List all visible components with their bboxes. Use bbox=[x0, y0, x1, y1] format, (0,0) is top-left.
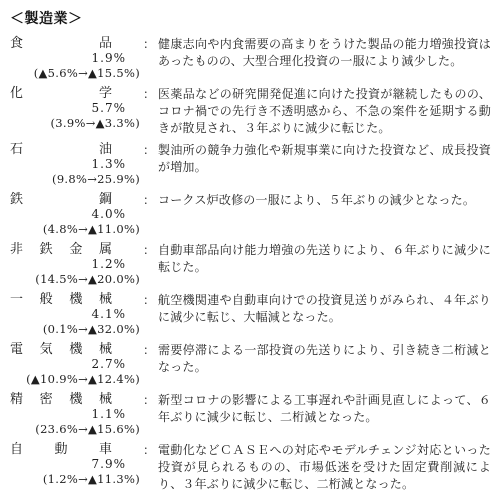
sector-share-value: 4.0% bbox=[10, 207, 140, 222]
sector-name-char: 電 bbox=[10, 342, 23, 357]
sector-name-char: 気 bbox=[40, 342, 53, 357]
sector-description: 需要停滞による一部投資の先送りにより、引き続き二桁減となった。 bbox=[158, 342, 491, 376]
sector-left-column: 石油 1.3% (9.8%→25.9%) bbox=[10, 142, 140, 187]
sector-share-value: 1.1% bbox=[10, 407, 140, 422]
sector-change-values: (3.9%→▲3.3%) bbox=[10, 116, 140, 131]
sector-change-values: (9.8%→25.9%) bbox=[10, 172, 140, 187]
sector-row: 一般機械 4.1% (0.1%→▲32.0%) ： 航空機関連や自動車向けでの投… bbox=[10, 292, 491, 337]
sector-share-value: 1.2% bbox=[10, 257, 140, 272]
sector-name: 精密機械 bbox=[10, 392, 112, 407]
sector-row: 食品 1.9% (▲5.6%→▲15.5%) ： 健康志向や内食需要の高まりをう… bbox=[10, 36, 491, 81]
colon-separator: ： bbox=[140, 242, 158, 258]
sector-name-char: 属 bbox=[99, 242, 112, 257]
sector-name-char: 機 bbox=[69, 292, 82, 307]
sector-description: コークス炉改修の一服により、５年ぶりの減少となった。 bbox=[158, 192, 491, 209]
sector-description: 自動車部品向け能力増強の先送りにより、６年ぶりに減少に転じた。 bbox=[158, 242, 491, 276]
sector-left-column: 鉄鋼 4.0% (4.8%→▲11.0%) bbox=[10, 192, 140, 237]
sector-description: 航空機関連や自動車向けでの投資見送りがみられ、４年ぶりに減少に転じ、大幅減となっ… bbox=[158, 292, 491, 326]
sector-description: 新型コロナの影響による工事遅れや計画見直しによって、６年ぶりに減少に転じ、二桁減… bbox=[158, 392, 491, 426]
colon-separator: ： bbox=[140, 442, 158, 458]
colon-separator: ： bbox=[140, 36, 158, 52]
sector-name: 鉄鋼 bbox=[10, 192, 112, 207]
sector-left-column: 精密機械 1.1% (23.6%→▲15.6%) bbox=[10, 392, 140, 437]
sector-name-char: 精 bbox=[10, 392, 23, 407]
sector-description: 医薬品などの研究開発促進に向けた投資が継続したものの、コロナ禍での先行き不透明感… bbox=[158, 86, 491, 137]
sector-name-char: 機 bbox=[69, 392, 82, 407]
sector-name-char: 石 bbox=[10, 142, 23, 157]
sector-row: 化学 5.7% (3.9%→▲3.3%) ： 医薬品などの研究開発促進に向けた投… bbox=[10, 86, 491, 137]
sector-left-column: 自動車 7.9% (1.2%→▲11.3%) bbox=[10, 442, 140, 487]
sector-name-char: 密 bbox=[40, 392, 53, 407]
colon-separator: ： bbox=[140, 392, 158, 408]
sector-name: 石油 bbox=[10, 142, 112, 157]
sector-name: 電気機械 bbox=[10, 342, 112, 357]
sector-share-value: 5.7% bbox=[10, 101, 140, 116]
colon-separator: ： bbox=[140, 292, 158, 308]
sector-share-value: 2.7% bbox=[10, 357, 140, 372]
sector-change-values: (▲10.9%→▲12.4%) bbox=[10, 372, 140, 387]
sector-row: 非鉄金属 1.2% (14.5%→▲20.0%) ： 自動車部品向け能力増強の先… bbox=[10, 242, 491, 287]
sector-description: 電動化などＣＡＳＥへの対応やモデルチェンジ対応といった投資が見られるものの、市場… bbox=[158, 442, 491, 493]
sector-name-char: 械 bbox=[99, 392, 112, 407]
sector-name: 非鉄金属 bbox=[10, 242, 112, 257]
sector-change-values: (23.6%→▲15.6%) bbox=[10, 422, 140, 437]
colon-separator: ： bbox=[140, 142, 158, 158]
sector-share-value: 1.9% bbox=[10, 51, 140, 66]
sector-name-char: 械 bbox=[99, 292, 112, 307]
sector-name-char: 非 bbox=[10, 242, 23, 257]
sector-left-column: 非鉄金属 1.2% (14.5%→▲20.0%) bbox=[10, 242, 140, 287]
sector-name: 食品 bbox=[10, 36, 112, 51]
sector-left-column: 化学 5.7% (3.9%→▲3.3%) bbox=[10, 86, 140, 131]
sector-name-char: 械 bbox=[99, 342, 112, 357]
sector-name-char: 化 bbox=[10, 86, 23, 101]
sector-name-char: 金 bbox=[69, 242, 82, 257]
sector-name: 化学 bbox=[10, 86, 112, 101]
sector-change-values: (0.1%→▲32.0%) bbox=[10, 322, 140, 337]
sector-name-char: 油 bbox=[99, 142, 112, 157]
sector-change-values: (14.5%→▲20.0%) bbox=[10, 272, 140, 287]
sector-name-char: 車 bbox=[99, 442, 112, 457]
sector-left-column: 一般機械 4.1% (0.1%→▲32.0%) bbox=[10, 292, 140, 337]
sector-name: 自動車 bbox=[10, 442, 112, 457]
sector-left-column: 電気機械 2.7% (▲10.9%→▲12.4%) bbox=[10, 342, 140, 387]
colon-separator: ： bbox=[140, 86, 158, 102]
sector-name-char: 動 bbox=[54, 442, 67, 457]
sector-change-values: (1.2%→▲11.3%) bbox=[10, 472, 140, 487]
colon-separator: ： bbox=[140, 192, 158, 208]
sector-name-char: 機 bbox=[69, 342, 82, 357]
sector-change-values: (4.8%→▲11.0%) bbox=[10, 222, 140, 237]
colon-separator: ： bbox=[140, 342, 158, 358]
sector-name-char: 一 bbox=[10, 292, 23, 307]
sector-name-char: 鋼 bbox=[99, 192, 112, 207]
sector-row: 自動車 7.9% (1.2%→▲11.3%) ： 電動化などＣＡＳＥへの対応やモ… bbox=[10, 442, 491, 493]
sector-name-char: 品 bbox=[99, 36, 112, 51]
sector-description: 製油所の競争力強化や新規事業に向けた投資など、成長投資が増加。 bbox=[158, 142, 491, 176]
sector-name-char: 鉄 bbox=[40, 242, 53, 257]
sector-row: 鉄鋼 4.0% (4.8%→▲11.0%) ： コークス炉改修の一服により、５年… bbox=[10, 192, 491, 237]
sector-name-char: 鉄 bbox=[10, 192, 23, 207]
page-title: ＜製造業＞ bbox=[10, 8, 491, 28]
sector-row: 精密機械 1.1% (23.6%→▲15.6%) ： 新型コロナの影響による工事… bbox=[10, 392, 491, 437]
sector-change-values: (▲5.6%→▲15.5%) bbox=[10, 66, 140, 81]
sector-description: 健康志向や内食需要の高まりをうけた製品の能力増強投資はあったものの、大型合理化投… bbox=[158, 36, 491, 70]
sector-left-column: 食品 1.9% (▲5.6%→▲15.5%) bbox=[10, 36, 140, 81]
sector-row: 電気機械 2.7% (▲10.9%→▲12.4%) ： 需要停滞による一部投資の… bbox=[10, 342, 491, 387]
sector-share-value: 4.1% bbox=[10, 307, 140, 322]
sector-share-value: 1.3% bbox=[10, 157, 140, 172]
sector-name-char: 食 bbox=[10, 36, 23, 51]
sector-name-char: 自 bbox=[10, 442, 23, 457]
sector-list: 食品 1.9% (▲5.6%→▲15.5%) ： 健康志向や内食需要の高まりをう… bbox=[10, 36, 491, 493]
sector-name: 一般機械 bbox=[10, 292, 112, 307]
sector-row: 石油 1.3% (9.8%→25.9%) ： 製油所の競争力強化や新規事業に向け… bbox=[10, 142, 491, 187]
sector-name-char: 学 bbox=[99, 86, 112, 101]
sector-share-value: 7.9% bbox=[10, 457, 140, 472]
sector-name-char: 般 bbox=[40, 292, 53, 307]
